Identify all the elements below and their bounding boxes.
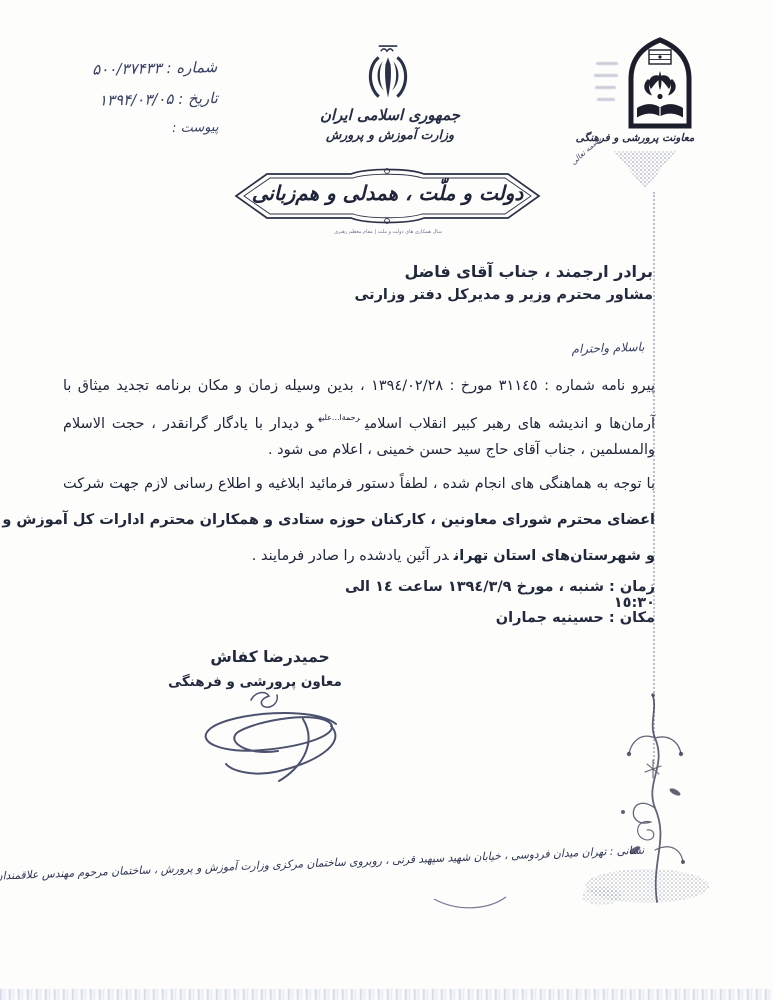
- p2-line3-rest: در آئین یادشده را صادر فرمایند .: [252, 548, 449, 564]
- letter-date: تاریخ : ۱۳۹۴/۰۳/۰۵: [30, 89, 218, 111]
- letter-number: شماره : ۵۰۰/۳۷۴۳۳: [29, 58, 217, 80]
- p2-line3-bold: و شهرستان‌های استان تهران: [454, 548, 655, 564]
- p2-line1: با توجه به هماهنگی های انجام شده ، لطفاً…: [63, 467, 655, 503]
- pen-flourish: [428, 894, 512, 914]
- letter-attachment: پیوست :: [30, 120, 218, 139]
- honorific-superscript: رحمةا...علیه: [318, 413, 360, 422]
- banner-caption: سال همکاری های دولت و ملت | مقام معظم ره…: [296, 229, 480, 235]
- letter-meta-block: شماره : ۵۰۰/۳۷۴۳۳ تاریخ : ۱۳۹۴/۰۳/۰۵ پیو…: [29, 58, 219, 152]
- letter-date-value: ۱۳۹۴/۰۳/۰۵: [99, 90, 174, 110]
- year-slogan-banner: دولت و ملّت ، همدلی و هم‌زبانی: [230, 164, 545, 228]
- p2-line2: اعضای محترم شورای معاونین ، کارکنان حوزه…: [63, 503, 655, 539]
- salutation-line: باسلام واحترام: [558, 339, 658, 356]
- p1-line2: آرمان‌ها و اندیشه های رهبر کبیر انقلاب ا…: [63, 403, 655, 435]
- paragraph-1: پیرو نامه شماره : ٣١١٤٥ مورخ : ١٣٩٤/٠٢/٢…: [63, 371, 655, 467]
- letterhead-country: جمهوری اسلامی ایران: [285, 106, 495, 124]
- p1-line2-a: آرمان‌ها و اندیشه های رهبر کبیر انقلاب ا…: [365, 416, 655, 432]
- handwritten-signature: [163, 686, 378, 784]
- p1-line2-b: و دیدار با یادگار گرانقدر ، حجت الاسلام: [63, 416, 313, 432]
- floral-vine-ornament: [583, 690, 723, 908]
- stipple-triangle-ornament: [612, 149, 678, 191]
- iran-emblem-icon: [358, 44, 418, 108]
- recipient-name-line: برادر ارجمند ، جناب آقای فاضل: [330, 262, 653, 281]
- p1-line1: پیرو نامه شماره : ٣١١٤٥ مورخ : ١٣٩٤/٠٢/٢…: [63, 371, 655, 403]
- recipient-title-line: مشاور محترم وزیر و مدیرکل دفتر وزارتی: [330, 287, 653, 303]
- letter-date-label: تاریخ :: [178, 89, 218, 108]
- letter-number-value: ۵۰۰/۳۷۴۳۳: [92, 59, 162, 78]
- event-time-line: زمان : شنبه ، مورخ ١٣٩٤/٣/٩ ساعت ١٤ الی …: [300, 579, 655, 611]
- recipient-block: برادر ارجمند ، جناب آقای فاضل مشاور محتر…: [330, 262, 653, 303]
- year-slogan-text: دولت و ملّت ، همدلی و هم‌زبانی: [230, 181, 545, 205]
- letter-number-label: شماره :: [166, 58, 217, 77]
- letter-attachment-label: پیوست :: [172, 120, 219, 136]
- paragraph-2: با توجه به هماهنگی های انجام شده ، لطفاً…: [63, 467, 655, 575]
- p1-line3: والمسلمین ، جناب آقای حاج سید حسن خمینی …: [63, 435, 655, 467]
- education-deputy-seal-icon: [618, 34, 702, 134]
- seal-side-note-line: [596, 62, 618, 65]
- letterhead-ministry: وزارت آموزش و پرورش: [285, 127, 495, 142]
- footer-address: نشانی : تهران میدان فردوسی ، خیابان شهید…: [29, 844, 644, 882]
- p2-line3: و شهرستان‌های استان تهراندر آئین یادشده …: [63, 539, 655, 575]
- event-place-line: مکان : حسینیه جماران: [300, 610, 655, 626]
- scanned-letter-page: شماره : ۵۰۰/۳۷۴۳۳ تاریخ : ۱۳۹۴/۰۳/۰۵ پیو…: [0, 0, 773, 1000]
- seal-side-note-line: [594, 74, 618, 77]
- scan-edge-noise: [0, 989, 773, 1000]
- seal-side-note-line: [597, 98, 615, 101]
- seal-side-note-line: [595, 86, 616, 89]
- department-caption: معاونت پرورشی و فرهنگی: [560, 132, 710, 144]
- signer-name: حمیدرضا کفاش: [175, 648, 365, 666]
